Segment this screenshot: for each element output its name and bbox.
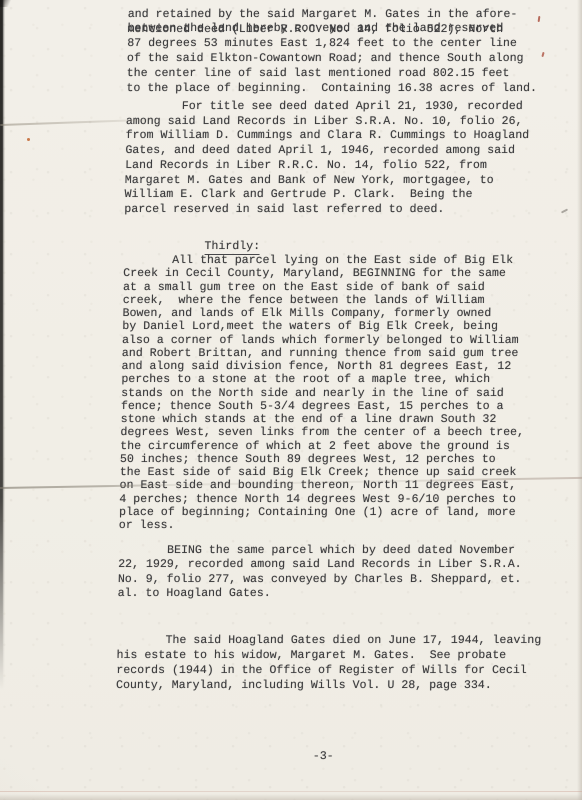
document-line: Margaret M. Gates and Bank of New York, … <box>125 174 529 189</box>
paragraph-being-clause: BEING the same parcel which by deed date… <box>118 544 523 601</box>
document-line: parcel reserved in said last referred to… <box>124 203 528 218</box>
document-line: The said Hoagland Gates died on June 17,… <box>117 633 542 648</box>
document-line: records (1944) in the Office of Register… <box>116 663 541 678</box>
document-line: County, Maryland, including Wills Vol. U… <box>116 678 541 693</box>
document-line: mentioned deed (Liber R.R.C. No. 14, fol… <box>127 23 538 38</box>
document-line: BEING the same parcel which by deed date… <box>118 544 522 558</box>
document-line: degrees West, seven links from the cente… <box>120 426 524 439</box>
document-line: from William D. Cummings and Clara R. Cu… <box>125 129 529 144</box>
document-line: and retained by the said Margaret M. Gat… <box>128 8 539 23</box>
document-line: Bowen, and lands of Elk Mills Company, f… <box>122 307 526 320</box>
document-line: Creek in Cecil County, Maryland, BEGINNI… <box>123 267 527 280</box>
document-line: and along said division fence, North 81 … <box>121 360 525 373</box>
document-line: and Robert Brittan, and running thence f… <box>122 347 526 360</box>
document-line: William E. Clark and Gertrude P. Clark. … <box>124 188 528 203</box>
document-line: All that parcel lying on the East side o… <box>123 254 527 267</box>
heading-text: Thirdly: <box>204 240 260 255</box>
document-line: fence; thence South 5-3/4 degrees East, … <box>121 400 525 413</box>
document-line: stone which stands at the end of a line … <box>121 413 525 426</box>
paragraph-title-reference: For title see deed dated April 21, 1930,… <box>124 100 530 218</box>
page-number: -3- <box>313 750 334 763</box>
document-line: the East side of said Big Elk Creek; the… <box>120 466 524 479</box>
document-line: of the said Elkton-Cowantown Road; and t… <box>127 52 538 67</box>
document-line: at a small gum tree on the East side of … <box>123 281 527 294</box>
document-line: or less. <box>119 519 523 532</box>
document-line: For title see deed dated April 21, 1930,… <box>126 100 530 115</box>
document-line: also a corner of lands which formerly be… <box>122 334 526 347</box>
document-line: 22, 1929, recorded among said Land Recor… <box>118 558 522 572</box>
paragraph-probate-note: The said Hoagland Gates died on June 17,… <box>116 633 541 693</box>
document-line: by Daniel Lord,meet the waters of Big El… <box>122 320 526 333</box>
document-line: stands on the North side and nearly in t… <box>121 387 525 400</box>
document-line: creek, where the fence between the lands… <box>123 294 527 307</box>
document-line: his estate to his widow, Margaret M. Gat… <box>116 648 541 663</box>
document-line: the circumference of which at 2 feet abo… <box>120 440 524 453</box>
scanned-page: between the land hereby conveyed and the… <box>0 0 582 800</box>
document-line: among said Land Records in Liber S.R.A. … <box>126 115 530 130</box>
document-line: Land Records in Liber R.R.C. No. 14, fol… <box>125 159 529 174</box>
paper-crease-bottom <box>0 791 582 792</box>
document-line: the center line of said last mentioned r… <box>127 67 538 82</box>
document-line: 4 perches; thence North 14 degrees West … <box>119 493 523 506</box>
document-line: al. to Hoagland Gates. <box>118 587 522 601</box>
document-line: No. 9, folio 277, was conveyed by Charle… <box>118 573 522 587</box>
document-line: place of beginning; Containing One (1) a… <box>119 506 523 519</box>
document-line: to the place of beginning. Containing 16… <box>126 82 537 97</box>
document-line: 50 inches; thence South 89 degrees West,… <box>120 453 524 466</box>
document-line: 87 degrees 53 minutes East 1,824 feet to… <box>127 37 538 52</box>
paragraph-parcel-description: All that parcel lying on the East side o… <box>119 254 527 532</box>
paragraph-deed-boundary: and retained by the said Margaret M. Gat… <box>126 8 538 96</box>
document-line: Gates, and deed dated April 1, 1946, rec… <box>125 144 529 159</box>
document-line: perches to a stone at the root of a mapl… <box>121 373 525 386</box>
